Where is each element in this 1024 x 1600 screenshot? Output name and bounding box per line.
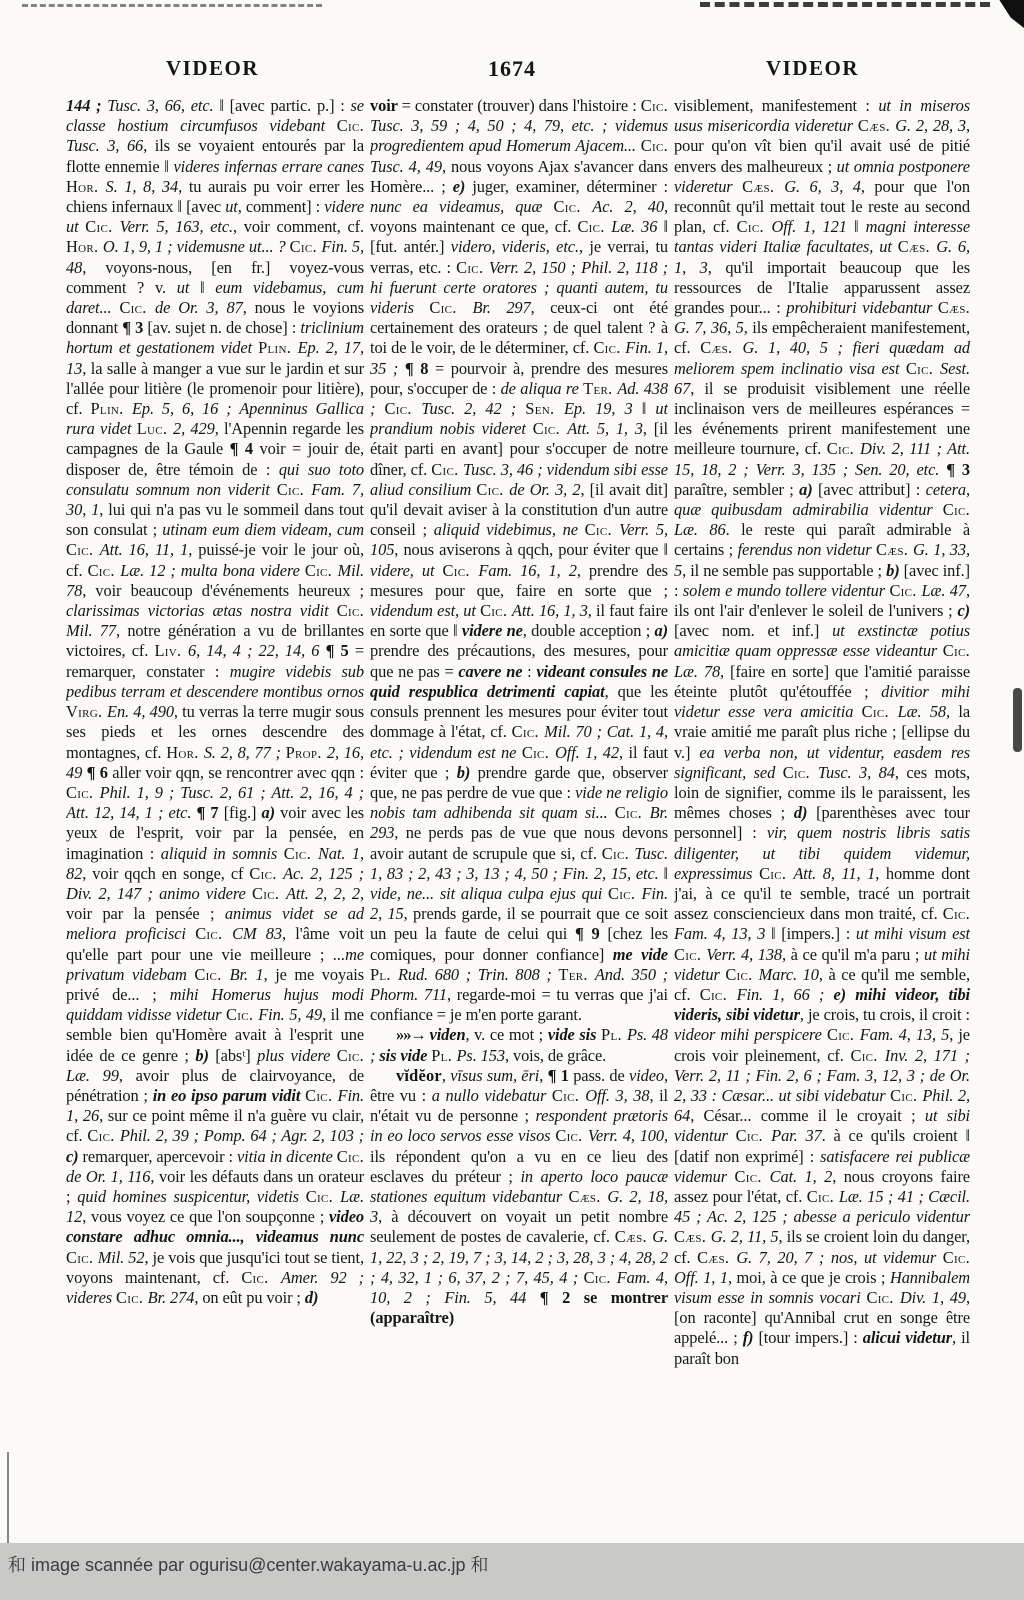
text-run: Cæs.: [697, 1248, 736, 1267]
text-run: Cic.: [226, 1005, 258, 1024]
text-run: videre, ut: [370, 561, 443, 580]
text-run: Tusc. 4, 49: [370, 157, 442, 176]
text-run: Cic.: [555, 1126, 588, 1145]
text-run: Fam. 4, 13, 5: [860, 1025, 950, 1044]
text-run: , vois, de grâce.: [505, 1046, 606, 1065]
text-run: Cic.: [306, 1187, 340, 1206]
text-run: cavere ne: [458, 662, 522, 681]
text-run: ferendus non videtur: [738, 540, 876, 559]
text-run: Cæs.: [876, 540, 913, 559]
text-run: Off. 1, 121: [771, 217, 854, 236]
text-run: [avec nom. et inf.]: [674, 621, 832, 640]
text-run: CM 83: [232, 924, 282, 943]
text-run: de aliqua re: [501, 379, 584, 398]
text-run: Cic.: [827, 439, 860, 458]
text-run: viden: [430, 1025, 466, 1044]
text-run: alicui videtur: [863, 1328, 952, 1347]
text-run: Cic.: [736, 1126, 771, 1145]
text-run: Cic.: [725, 965, 758, 984]
text-run: Cic.: [943, 1248, 970, 1267]
text-run: [fig.]: [224, 803, 262, 822]
text-run: Cæs.: [858, 116, 895, 135]
text-run: Cic.: [850, 1046, 884, 1065]
text-run: Cic.: [195, 924, 232, 943]
text-run: G. 6, 3, 4: [784, 177, 861, 196]
text-run: Cic.: [337, 601, 364, 620]
text-run: Liv.: [154, 641, 188, 660]
text-run: Cic.: [431, 460, 463, 479]
text-run: ‖: [663, 864, 668, 883]
text-run: Cic.: [194, 965, 229, 984]
text-run: Ep. 19, 3: [564, 399, 642, 418]
text-run: Cic.: [429, 298, 472, 317]
text-run: Cic.: [827, 1025, 860, 1044]
text-run: , César... comme il le croyait ;: [690, 1106, 925, 1125]
text-run: , nous aviserons à qqch, pour éviter que…: [394, 540, 668, 559]
text-run: a): [262, 803, 281, 822]
text-run: Ter.: [583, 379, 617, 398]
text-run: Cic.: [66, 540, 100, 559]
text-run: Plin.: [258, 338, 298, 357]
text-run: Ac. 2, 40: [592, 197, 664, 216]
text-run: Cic.: [522, 743, 555, 762]
text-run: d): [794, 803, 816, 822]
text-run: Cic.: [290, 237, 322, 256]
text-run: Cic.: [241, 1268, 281, 1287]
scan-footer: 和 image scannée par ogurisu@center.wakay…: [0, 1543, 1024, 1600]
text-run: Pl.: [431, 1046, 456, 1065]
text-run: juger, examiner, déterminer :: [472, 177, 668, 196]
column-3: visiblement, manifestement : ut in miser…: [674, 96, 970, 1534]
text-run: voir: [370, 96, 402, 115]
entry-continuation-paragraph: 144 ; Tusc. 3, 66, etc. ‖ [avec partic. …: [66, 96, 364, 1308]
text-run: , voir qqch en songe, cf: [82, 864, 249, 883]
running-head: VIDEOR 1674 VIDEOR: [0, 56, 1024, 86]
text-run: in eo ipso parum vidit: [153, 1086, 305, 1105]
text-run: a nullo videbatur: [432, 1086, 552, 1105]
text-run: ¶ 3: [122, 318, 147, 337]
text-run: ¶ 4: [230, 439, 260, 458]
text-run: solem e mundo tollere videntur: [683, 581, 890, 600]
text-run: Pl.: [370, 965, 398, 984]
text-run: Cic.: [577, 217, 611, 236]
text-run: visiblement, manifestement :: [674, 96, 878, 115]
text-run: Cic.: [116, 1288, 148, 1307]
text-run: Cic.: [585, 520, 619, 539]
text-run: aliquid videbimus, ne: [434, 520, 585, 539]
text-run: paraître, sembler ;: [674, 480, 799, 499]
text-run: Cæs.: [568, 1187, 607, 1206]
text-run: nunc ea videamus, quæ: [370, 197, 554, 216]
text-run: Virg.: [66, 702, 107, 721]
text-run: Cic.: [674, 945, 706, 964]
text-run: Luc.: [137, 419, 173, 438]
text-run: ut: [177, 278, 200, 297]
text-run: de Or. 3, 2: [509, 480, 580, 499]
text-run: ¶ 3: [946, 460, 970, 479]
text-run: Cic.: [584, 1268, 617, 1287]
text-run: Cic.: [552, 1086, 585, 1105]
text-run: Cic.: [602, 844, 635, 863]
text-run: Cic.: [277, 480, 312, 499]
text-run: d): [305, 1288, 318, 1307]
text-run: ‖ [impers.] :: [771, 924, 856, 943]
text-run: ut mihi visum est: [856, 924, 970, 943]
text-run: Fam. 16, 1, 2: [478, 561, 577, 580]
scan-artifact-dashes-left: [22, 4, 322, 7]
text-run: Cic.: [735, 1167, 770, 1186]
column-1: 144 ; Tusc. 3, 66, etc. ‖ [avec partic. …: [66, 96, 364, 1534]
text-run: Cic.: [456, 258, 489, 277]
text-run: c): [66, 1147, 83, 1166]
text-run: , voir comment, cf.: [233, 217, 364, 236]
text-run: Sen.: [525, 399, 564, 418]
text-run: Mil. 77: [66, 621, 116, 640]
text-run: Hor.: [66, 237, 103, 256]
text-run: ¶ 1: [548, 1066, 574, 1085]
text-run: Cic.: [890, 1086, 922, 1105]
text-run: Cic.: [807, 1187, 839, 1206]
cross-reference-paragraph: »»→ viden, v. ce mot ; vide sis Pl. Ps. …: [370, 1025, 668, 1065]
text-run: Cic.: [88, 561, 121, 580]
text-run: ¶ 6: [87, 763, 113, 782]
text-run: f): [743, 1328, 759, 1347]
text-run: Plin.: [91, 399, 132, 418]
text-run: Verr. 4, 100: [588, 1126, 664, 1145]
scanner-credit: 和 image scannée par ogurisu@center.wakay…: [8, 1551, 489, 1577]
text-run: Cic.: [337, 116, 364, 135]
text-run: Phil. 2, 39 ; Pomp. 64 ; Agr. 2, 103 ;: [120, 1126, 364, 1145]
text-run: b): [457, 763, 478, 782]
text-run: Verr. 5, 163, etc.: [120, 217, 233, 236]
text-run: Verr. 4, 138: [706, 945, 782, 964]
text-run: Cic.: [737, 217, 772, 236]
text-run: remarquer, apercevoir :: [83, 1147, 237, 1166]
text-run: , il ne semble pas supportable ;: [682, 561, 886, 580]
text-run: Fam. 4, 13, 3: [674, 924, 771, 943]
text-run: Cic.: [700, 985, 737, 1004]
text-run: 144 ;: [66, 96, 107, 115]
text-run: Cic.: [252, 884, 286, 903]
text-run: Cic.: [641, 96, 668, 115]
text-run: Ter.: [558, 965, 594, 984]
text-run: Att. 2, 2, 2: [286, 884, 360, 903]
text-run: Læ. 36: [611, 217, 663, 236]
text-run: ‖: [200, 278, 215, 297]
text-run: pass. de: [573, 1066, 629, 1085]
text-run: Cæs.: [898, 237, 936, 256]
text-run: Prop.: [286, 743, 327, 762]
text-run: Cæs.: [674, 1227, 711, 1246]
text-run: Att. 8, 11, 1: [793, 864, 875, 883]
page-number: 1674: [462, 56, 562, 82]
text-run: G. 2, 11, 5: [711, 1227, 779, 1246]
text-run: O. 1, 9, 1 ; videmusne ut... ?: [103, 237, 290, 256]
text-run: Cic.: [943, 904, 970, 923]
text-run: de Or. 1, 116: [66, 1167, 150, 1186]
text-run: b): [886, 561, 904, 580]
text-run: a): [655, 621, 668, 640]
text-run: Att. 5, 1, 3: [567, 419, 643, 438]
text-run: = constater (trouver) dans l'histoire :: [402, 96, 641, 115]
text-run: , à ce qu'il m'a paru ;: [782, 945, 924, 964]
text-run: , moi, à ce que je crois ;: [728, 1268, 890, 1287]
text-run: Par. 37: [771, 1126, 822, 1145]
text-run: [tour impers.] :: [758, 1328, 862, 1347]
text-run: Cat. 1, 2: [770, 1167, 833, 1186]
scanned-dictionary-page: VIDEOR 1674 VIDEOR 144 ; Tusc. 3, 66, et…: [0, 0, 1024, 1600]
text-run: Cic.: [862, 702, 898, 721]
text-run: ‖ [avec partic. p.] :: [219, 96, 350, 115]
entry-videor-paragraph: vĭdĕor, vīsus sum, ēri, ¶ 1 pass. de vid…: [370, 1066, 668, 1329]
text-run: Br. 1: [230, 965, 264, 984]
text-run: Tusc. 3, 59 ; 4, 50 ; 4, 79, etc. ; vide…: [370, 116, 668, 155]
text-run: Cic.: [284, 844, 318, 863]
text-run: Cic.: [305, 1086, 337, 1105]
text-run: Cic.: [476, 480, 509, 499]
text-run: S. 2, 8, 77 ;: [204, 743, 286, 762]
text-run: Læ. 47: [922, 581, 966, 600]
text-run: Cic.: [480, 601, 512, 620]
text-run: Off. 1, 1: [674, 1268, 728, 1287]
running-head-left: VIDEOR: [166, 56, 259, 81]
text-run: Cic.: [87, 1126, 119, 1145]
text-run: Cic.: [443, 561, 479, 580]
text-run: , v. ce mot ;: [465, 1025, 547, 1044]
text-run: [avec attribut] :: [818, 480, 926, 499]
text-run: 6, 14, 4 ; 22, 14, 6: [188, 641, 326, 660]
text-run: Fin. 5, 49: [258, 1005, 322, 1024]
text-run: Cæs.: [615, 1227, 652, 1246]
text-run: Cic.: [889, 581, 921, 600]
text-run: Cic.: [759, 864, 793, 883]
text-run: Tusc. 3, 66, etc.: [107, 96, 219, 115]
text-run: ¶ 5: [326, 641, 355, 660]
text-run: Marc. 10: [759, 965, 819, 984]
text-run: 2, 429: [173, 419, 215, 438]
text-run: , comment] :: [238, 197, 325, 216]
text-run: videndum est, ut: [370, 601, 480, 620]
text-run: Cic.: [119, 298, 155, 317]
text-run: ut: [225, 197, 238, 216]
text-run: Off. 1, 42: [555, 743, 619, 762]
text-run: S. 1, 8, 34: [106, 177, 179, 196]
text-run: vide sis: [548, 1025, 601, 1044]
text-run: G. 2, 28, 3: [895, 116, 966, 135]
text-run: sis vide: [379, 1046, 431, 1065]
text-run: G. 7, 20, 7 ; nos, ut videmur: [736, 1248, 942, 1267]
text-run: video: [629, 1066, 664, 1085]
text-run: b): [195, 1046, 215, 1065]
text-run: videre ne: [462, 621, 523, 640]
text-run: Br. 297: [473, 298, 531, 317]
text-run: vĭdĕor: [396, 1066, 442, 1085]
text-run: me vide: [613, 945, 668, 964]
text-run: Cic.: [593, 338, 625, 357]
text-run: Cic.: [512, 722, 545, 741]
text-run: Att. 16, 11, 1: [100, 540, 188, 559]
text-run: Tusc. 3, 66: [66, 136, 143, 155]
text-run: e): [833, 985, 855, 1004]
text-run: quid homines suspicentur, videtis: [77, 1187, 306, 1206]
text-run: e): [453, 177, 473, 196]
text-run: Cic.: [337, 1147, 364, 1166]
text-run: videor mihi perspicere: [674, 1025, 827, 1044]
dictionary-text: 144 ; Tusc. 3, 66, etc. ‖ [avec partic. …: [0, 96, 1024, 1534]
text-run: ,: [539, 1066, 547, 1085]
text-run: ¶ 8: [405, 359, 435, 378]
text-run: Br. 274: [148, 1288, 195, 1307]
text-run: Tusc. 2, 42 ;: [421, 399, 525, 418]
text-run: plus videre: [257, 1046, 337, 1065]
text-run: Cæs.: [742, 177, 784, 196]
text-run: prohibituri videbantur: [786, 298, 938, 317]
text-run: vīsus sum, ēri: [450, 1066, 539, 1085]
text-run: Læ. 78: [674, 662, 720, 681]
text-run: , je crois, tu crois, il croit :: [800, 1005, 970, 1024]
text-run: Cic.: [305, 561, 338, 580]
text-run: aliquid in somnis: [161, 844, 284, 863]
text-run: Læ. 86: [674, 520, 726, 539]
text-run: »»→: [396, 1025, 430, 1044]
text-run: ¶ 7: [197, 803, 224, 822]
text-run: , voir beaucoup d'événements heureux ;: [82, 581, 364, 600]
text-run: Cic.: [554, 197, 593, 216]
text-run: c): [957, 601, 970, 620]
text-run: Cic.: [866, 1288, 899, 1307]
text-run: videres infernas errare canes: [173, 157, 364, 176]
running-head-right: VIDEOR: [766, 56, 859, 81]
text-run: Cic.: [85, 217, 119, 236]
text-run: Att. 16, 1, 3: [512, 601, 588, 620]
text-run: Cic.: [906, 359, 940, 378]
text-run: Hor.: [166, 743, 204, 762]
text-run: Læ. 99: [66, 1066, 119, 1085]
entry-continuation-paragraph: voir = constater (trouver) dans l'histoi…: [370, 96, 668, 1025]
text-run: Cic.: [533, 419, 567, 438]
text-run: [absᵗ]: [215, 1046, 257, 1065]
text-run: Tusc. 3, 84: [818, 763, 895, 782]
text-run: Cic.: [249, 864, 283, 883]
text-run: Cæs.: [700, 338, 742, 357]
text-run: aller voir qqn, se rencontrer avec qqn :: [112, 763, 364, 782]
text-run: , on eût pu voir ;: [194, 1288, 305, 1307]
scan-artifact-corner: [994, 0, 1024, 28]
text-run: Rud. 680 ; Trin. 808 ;: [398, 965, 558, 984]
text-run: utinam eum diem videam, cum: [162, 520, 364, 539]
text-run: Cic.: [337, 1046, 364, 1065]
text-run: ‖: [854, 217, 866, 236]
text-run: Cic.: [615, 803, 650, 822]
text-run: Div. 1, 49: [900, 1288, 966, 1307]
text-run: Cæs.: [938, 298, 970, 317]
text-run: a): [799, 480, 818, 499]
text-run: Cic.: [943, 500, 970, 519]
scan-artifact-dashes-right: [700, 2, 990, 7]
text-run: , vous voyez ce que l'on soupçonne ;: [82, 1207, 329, 1226]
text-run: Cic.: [943, 641, 970, 660]
text-run: Cic.: [641, 136, 668, 155]
text-run: Pl.: [601, 1025, 627, 1044]
text-run: Cic.: [66, 1248, 98, 1267]
entry-continuation-paragraph: visiblement, manifestement : ut in miser…: [674, 96, 970, 1369]
text-run: Cic.: [783, 763, 818, 782]
text-run: [av. sujet n. de chose] :: [147, 318, 300, 337]
text-run: En. 4, 490: [107, 702, 174, 721]
text-run: ,: [442, 1066, 450, 1085]
text-run: Cic.: [66, 783, 100, 802]
text-run: Cic.: [385, 399, 422, 418]
text-run: videro, videris, etc.: [451, 237, 579, 256]
text-run: Mil. 52: [98, 1248, 145, 1267]
text-run: G. 7, 36, 5: [674, 318, 744, 337]
text-run: vitia in dicente: [237, 1147, 337, 1166]
text-run: Cic.: [608, 884, 641, 903]
text-run: Ps. 153: [457, 1046, 505, 1065]
column-2: voir = constater (trouver) dans l'histoi…: [370, 96, 668, 1534]
text-run: Fin. 1, 66 ;: [737, 985, 834, 1004]
text-run: ¶ 9: [575, 924, 607, 943]
text-run: ‖: [642, 399, 656, 418]
text-run: :: [522, 662, 536, 681]
text-run: Læ. 12 ; multa bona videre: [120, 561, 305, 580]
text-run: Off. 3, 38: [585, 1086, 649, 1105]
text-run: de Or. 3, 87: [155, 298, 243, 317]
text-run: Læ. 58: [898, 702, 946, 721]
text-run: , double acception ;: [523, 621, 655, 640]
text-run: clarissimas victorias ætas nostra vidit: [66, 601, 337, 620]
text-run: Hor.: [66, 177, 106, 196]
text-run: vide, ne... sit aliqua culpa ejus qui: [370, 884, 608, 903]
